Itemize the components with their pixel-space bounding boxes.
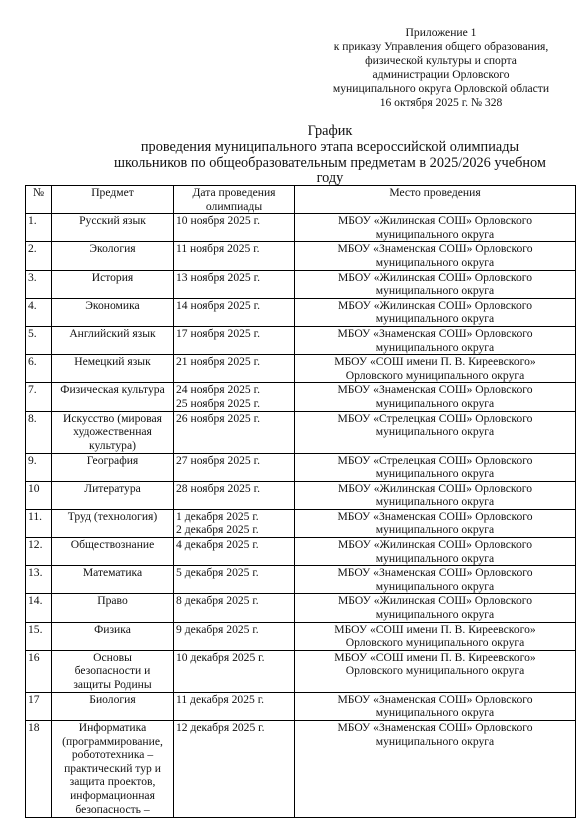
date-cell-line: 11 декабря 2025 г.: [176, 693, 292, 707]
place-cell: МБОУ «Жилинская СОШ» Орловскогомуниципал…: [295, 270, 576, 298]
subject-cell-line: художественная: [54, 425, 171, 439]
date-cell-line: 8 декабря 2025 г.: [176, 594, 292, 608]
subject-cell: История: [52, 270, 174, 298]
table-header-row: № Предмет Дата проведения олимпиады Мест…: [26, 186, 576, 214]
place-cell-line: МБОУ «Знаменская СОШ» Орловского: [297, 693, 573, 707]
row-number: 4.: [26, 298, 52, 326]
date-cell-line: 10 ноября 2025 г.: [176, 214, 292, 228]
place-cell: МБОУ «СОШ имени П. В. Киреевского»Орловс…: [295, 622, 576, 650]
row-number: 8.: [26, 411, 52, 453]
table-row: 6.Немецкий язык21 ноября 2025 г.МБОУ «СО…: [26, 355, 576, 383]
subject-cell-line: Немецкий язык: [54, 355, 171, 369]
date-cell-line: 14 ноября 2025 г.: [176, 299, 292, 313]
row-number: 11.: [26, 509, 52, 537]
date-cell-line: 4 декабря 2025 г.: [176, 538, 292, 552]
table-row: 18Информатика(программирование,робототех…: [26, 721, 576, 818]
subject-cell-line: Биология: [54, 693, 171, 707]
place-cell: МБОУ «Знаменская СОШ» Орловскогомуниципа…: [295, 692, 576, 720]
header-date: Дата проведения олимпиады: [174, 186, 295, 214]
place-cell: МБОУ «Знаменская СОШ» Орловскогомуниципа…: [295, 566, 576, 594]
header-number: №: [26, 186, 52, 214]
date-cell-line: 13 ноября 2025 г.: [176, 271, 292, 285]
subject-cell-line: Физическая культура: [54, 383, 171, 397]
date-cell: 5 декабря 2025 г.: [174, 566, 295, 594]
place-cell: МБОУ «Жилинская СОШ» Орловскогомуниципал…: [295, 298, 576, 326]
place-cell: МБОУ «Знаменская СОШ» Орловскогомуниципа…: [295, 721, 576, 818]
place-cell-line: муниципального округа: [297, 256, 573, 270]
place-cell: МБОУ «Жилинская СОШ» Орловскогомуниципал…: [295, 538, 576, 566]
subject-cell: Физика: [52, 622, 174, 650]
row-number: 15.: [26, 622, 52, 650]
subject-cell-line: Право: [54, 594, 171, 608]
table-row: 3.История13 ноября 2025 г.МБОУ «Жилинска…: [26, 270, 576, 298]
place-cell-line: МБОУ «СОШ имени П. В. Киреевского»: [297, 651, 573, 665]
subject-cell-line: культура): [54, 439, 171, 453]
document-title: График проведения муниципального этапа в…: [90, 124, 570, 187]
subject-cell-line: Основы: [54, 651, 171, 665]
subject-cell: Экология: [52, 242, 174, 270]
place-cell-line: муниципального округа: [297, 397, 573, 411]
subject-cell-line: защиты Родины: [54, 678, 171, 692]
appendix-line: физической культуры и спорта: [316, 54, 566, 68]
date-cell: 4 декабря 2025 г.: [174, 538, 295, 566]
header-place: Место проведения: [295, 186, 576, 214]
place-cell-line: муниципального округа: [297, 552, 573, 566]
date-cell: 27 ноября 2025 г.: [174, 453, 295, 481]
place-cell-line: МБОУ «Стрелецкая СОШ» Орловского: [297, 454, 573, 468]
subject-cell: Русский язык: [52, 214, 174, 242]
place-cell-line: МБОУ «Жилинская СОШ» Орловского: [297, 271, 573, 285]
row-number: 6.: [26, 355, 52, 383]
date-cell-line: 11 ноября 2025 г.: [176, 242, 292, 256]
place-cell-line: муниципального округа: [297, 706, 573, 720]
place-cell: МБОУ «СОШ имени П. В. Киреевского»Орловс…: [295, 355, 576, 383]
subject-cell: Литература: [52, 481, 174, 509]
table-row: 15.Физика9 декабря 2025 г.МБОУ «СОШ имен…: [26, 622, 576, 650]
table-row: 4.Экономика14 ноября 2025 г.МБОУ «Жилинс…: [26, 298, 576, 326]
table-row: 14.Право8 декабря 2025 г.МБОУ «Жилинская…: [26, 594, 576, 622]
place-cell-line: МБОУ «Знаменская СОШ» Орловского: [297, 510, 573, 524]
row-number: 10: [26, 481, 52, 509]
appendix-line: муниципального округа Орловской области: [316, 82, 566, 96]
place-cell-line: муниципального округа: [297, 735, 573, 749]
subject-cell: Немецкий язык: [52, 355, 174, 383]
subject-cell-line: защита проектов,: [54, 775, 171, 789]
date-cell: 26 ноября 2025 г.: [174, 411, 295, 453]
appendix-line: 16 октября 2025 г. № 328: [316, 96, 566, 110]
row-number: 1.: [26, 214, 52, 242]
appendix-line: к приказу Управления общего образования,: [316, 40, 566, 54]
subject-cell-line: Английский язык: [54, 327, 171, 341]
subject-cell-line: История: [54, 271, 171, 285]
title-line: проведения муниципального этапа всеросси…: [90, 140, 570, 156]
place-cell: МБОУ «Стрелецкая СОШ» Орловскогомуниципа…: [295, 411, 576, 453]
header-subject: Предмет: [52, 186, 174, 214]
table-body: 1.Русский язык10 ноября 2025 г.МБОУ «Жил…: [26, 214, 576, 818]
title-line: График: [90, 124, 570, 140]
row-number: 18: [26, 721, 52, 818]
place-cell-line: муниципального округа: [297, 608, 573, 622]
place-cell-line: МБОУ «Знаменская СОШ» Орловского: [297, 327, 573, 341]
place-cell-line: муниципального округа: [297, 228, 573, 242]
place-cell-line: муниципального округа: [297, 284, 573, 298]
place-cell-line: МБОУ «СОШ имени П. В. Киреевского»: [297, 623, 573, 637]
subject-cell-line: Искусство (мировая: [54, 412, 171, 426]
date-cell-line: 12 декабря 2025 г.: [176, 721, 292, 735]
row-number: 17: [26, 692, 52, 720]
table-row: 1.Русский язык10 ноября 2025 г.МБОУ «Жил…: [26, 214, 576, 242]
table-row: 16Основыбезопасности изащиты Родины10 де…: [26, 650, 576, 692]
place-cell-line: муниципального округа: [297, 495, 573, 509]
subject-cell: Информатика(программирование,робототехни…: [52, 721, 174, 818]
table-row: 13.Математика5 декабря 2025 г.МБОУ «Знам…: [26, 566, 576, 594]
date-cell-line: 9 декабря 2025 г.: [176, 623, 292, 637]
place-cell-line: муниципального округа: [297, 580, 573, 594]
date-cell: 8 декабря 2025 г.: [174, 594, 295, 622]
date-cell-line: 17 ноября 2025 г.: [176, 327, 292, 341]
subject-cell: Искусство (мироваяхудожественнаякультура…: [52, 411, 174, 453]
date-cell: 12 декабря 2025 г.: [174, 721, 295, 818]
date-cell-line: 24 ноября 2025 г.: [176, 383, 292, 397]
table-row: 10Литература28 ноября 2025 г.МБОУ «Жилин…: [26, 481, 576, 509]
place-cell: МБОУ «Знаменская СОШ» Орловскогомуниципа…: [295, 326, 576, 354]
subject-cell-line: Труд (технология): [54, 510, 171, 524]
place-cell-line: МБОУ «Стрелецкая СОШ» Орловского: [297, 412, 573, 426]
table-row: 11.Труд (технология)1 декабря 2025 г.2 д…: [26, 509, 576, 537]
table-row: 2.Экология11 ноября 2025 г.МБОУ «Знаменс…: [26, 242, 576, 270]
row-number: 5.: [26, 326, 52, 354]
date-cell: 9 декабря 2025 г.: [174, 622, 295, 650]
place-cell-line: Орловского муниципального округа: [297, 636, 573, 650]
subject-cell-line: Обществознание: [54, 538, 171, 552]
place-cell-line: МБОУ «Жилинская СОШ» Орловского: [297, 482, 573, 496]
row-number: 13.: [26, 566, 52, 594]
place-cell: МБОУ «Знаменская СОШ» Орловскогомуниципа…: [295, 509, 576, 537]
table-row: 9.География27 ноября 2025 г.МБОУ «Стреле…: [26, 453, 576, 481]
date-cell: 10 ноября 2025 г.: [174, 214, 295, 242]
subject-cell-line: (программирование,: [54, 735, 171, 749]
row-number: 14.: [26, 594, 52, 622]
subject-cell-line: робототехника –: [54, 748, 171, 762]
subject-cell: Экономика: [52, 298, 174, 326]
place-cell-line: Орловского муниципального округа: [297, 369, 573, 383]
date-cell-line: 28 ноября 2025 г.: [176, 482, 292, 496]
appendix-header: Приложение 1 к приказу Управления общего…: [316, 26, 566, 110]
subject-cell-line: безопасность –: [54, 803, 171, 817]
table-row: 17Биология11 декабря 2025 г.МБОУ «Знамен…: [26, 692, 576, 720]
place-cell-line: муниципального округа: [297, 523, 573, 537]
place-cell-line: МБОУ «Жилинская СОШ» Орловского: [297, 299, 573, 313]
subject-cell-line: безопасности и: [54, 664, 171, 678]
date-cell-line: 5 декабря 2025 г.: [176, 566, 292, 580]
place-cell-line: муниципального округа: [297, 467, 573, 481]
place-cell-line: МБОУ «Жилинская СОШ» Орловского: [297, 594, 573, 608]
subject-cell: Биология: [52, 692, 174, 720]
subject-cell-line: практический тур и: [54, 762, 171, 776]
table-row: 7.Физическая культура24 ноября 2025 г.25…: [26, 383, 576, 411]
place-cell: МБОУ «СОШ имени П. В. Киреевского»Орловс…: [295, 650, 576, 692]
title-line: школьников по общеобразовательным предме…: [90, 156, 570, 172]
date-cell-line: 26 ноября 2025 г.: [176, 412, 292, 426]
place-cell: МБОУ «Знаменская СОШ» Орловскогомуниципа…: [295, 242, 576, 270]
place-cell: МБОУ «Стрелецкая СОШ» Орловскогомуниципа…: [295, 453, 576, 481]
place-cell-line: МБОУ «Знаменская СОШ» Орловского: [297, 566, 573, 580]
row-number: 9.: [26, 453, 52, 481]
subject-cell-line: Литература: [54, 482, 171, 496]
subject-cell-line: Экология: [54, 242, 171, 256]
subject-cell: Основыбезопасности изащиты Родины: [52, 650, 174, 692]
table-row: 5.Английский язык17 ноября 2025 г.МБОУ «…: [26, 326, 576, 354]
subject-cell-line: Экономика: [54, 299, 171, 313]
place-cell: МБОУ «Жилинская СОШ» Орловскогомуниципал…: [295, 594, 576, 622]
appendix-line: администрации Орловского: [316, 68, 566, 82]
place-cell-line: МБОУ «Знаменская СОШ» Орловского: [297, 721, 573, 735]
date-cell: 24 ноября 2025 г.25 ноября 2025 г.: [174, 383, 295, 411]
subject-cell: Обществознание: [52, 538, 174, 566]
subject-cell: Право: [52, 594, 174, 622]
place-cell: МБОУ «Знаменская СОШ» Орловскогомуниципа…: [295, 383, 576, 411]
place-cell: МБОУ «Жилинская СОШ» Орловскогомуниципал…: [295, 481, 576, 509]
date-cell: 14 ноября 2025 г.: [174, 298, 295, 326]
place-cell-line: МБОУ «Жилинская СОШ» Орловского: [297, 538, 573, 552]
table-row: 8.Искусство (мироваяхудожественнаякульту…: [26, 411, 576, 453]
place-cell-line: МБОУ «СОШ имени П. В. Киреевского»: [297, 355, 573, 369]
appendix-line: Приложение 1: [316, 26, 566, 40]
subject-cell-line: информационная: [54, 789, 171, 803]
subject-cell-line: Русский язык: [54, 214, 171, 228]
date-cell: 28 ноября 2025 г.: [174, 481, 295, 509]
subject-cell: Английский язык: [52, 326, 174, 354]
date-cell: 1 декабря 2025 г.2 декабря 2025 г.: [174, 509, 295, 537]
date-cell-line: 25 ноября 2025 г.: [176, 397, 292, 411]
row-number: 16: [26, 650, 52, 692]
row-number: 7.: [26, 383, 52, 411]
place-cell-line: МБОУ «Жилинская СОШ» Орловского: [297, 214, 573, 228]
place-cell-line: муниципального округа: [297, 341, 573, 355]
date-cell-line: 21 ноября 2025 г.: [176, 355, 292, 369]
date-cell: 13 ноября 2025 г.: [174, 270, 295, 298]
date-cell: 11 декабря 2025 г.: [174, 692, 295, 720]
date-cell: 11 ноября 2025 г.: [174, 242, 295, 270]
subject-cell: Математика: [52, 566, 174, 594]
subject-cell: Труд (технология): [52, 509, 174, 537]
place-cell-line: муниципального округа: [297, 425, 573, 439]
row-number: 2.: [26, 242, 52, 270]
date-cell-line: 10 декабря 2025 г.: [176, 651, 292, 665]
olympiad-schedule-table: № Предмет Дата проведения олимпиады Мест…: [25, 185, 576, 818]
place-cell-line: Орловского муниципального округа: [297, 664, 573, 678]
place-cell-line: МБОУ «Знаменская СОШ» Орловского: [297, 383, 573, 397]
subject-cell-line: Физика: [54, 623, 171, 637]
date-cell-line: 1 декабря 2025 г.: [176, 510, 292, 524]
row-number: 3.: [26, 270, 52, 298]
subject-cell-line: География: [54, 454, 171, 468]
subject-cell-line: Математика: [54, 566, 171, 580]
date-cell-line: 27 ноября 2025 г.: [176, 454, 292, 468]
subject-cell-line: Информатика: [54, 721, 171, 735]
date-cell: 21 ноября 2025 г.: [174, 355, 295, 383]
subject-cell: Физическая культура: [52, 383, 174, 411]
date-cell: 17 ноября 2025 г.: [174, 326, 295, 354]
subject-cell: География: [52, 453, 174, 481]
place-cell-line: муниципального округа: [297, 312, 573, 326]
place-cell: МБОУ «Жилинская СОШ» Орловскогомуниципал…: [295, 214, 576, 242]
date-cell-line: 2 декабря 2025 г.: [176, 523, 292, 537]
table-row: 12.Обществознание4 декабря 2025 г.МБОУ «…: [26, 538, 576, 566]
date-cell: 10 декабря 2025 г.: [174, 650, 295, 692]
row-number: 12.: [26, 538, 52, 566]
place-cell-line: МБОУ «Знаменская СОШ» Орловского: [297, 242, 573, 256]
